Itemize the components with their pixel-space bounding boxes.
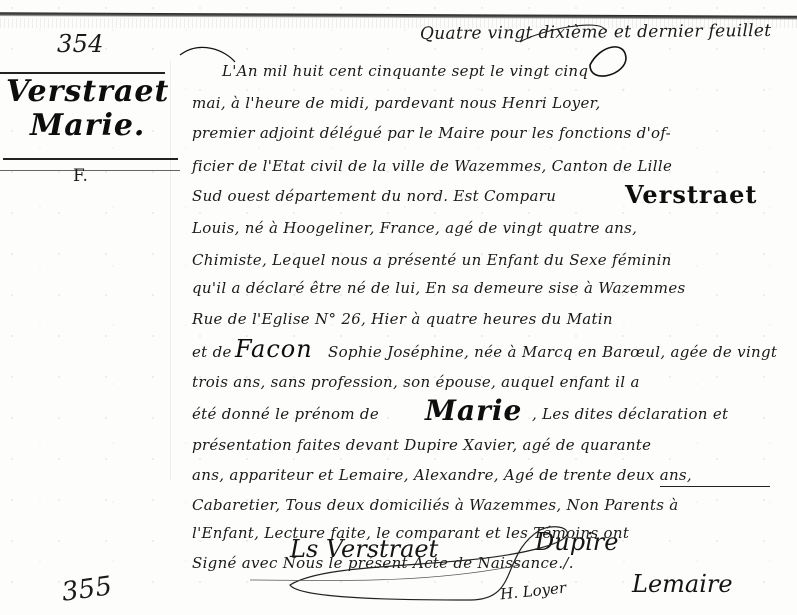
signature-flourish bbox=[0, 0, 797, 615]
register-page: Quatre vingt dixième et dernier feuillet… bbox=[0, 0, 797, 615]
